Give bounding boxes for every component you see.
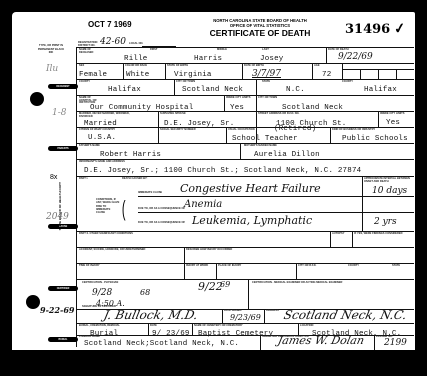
first-name: Rille: [124, 55, 148, 63]
decedent-tag: DECEDENT: [48, 84, 78, 89]
row-line: [138, 212, 414, 213]
residence-state: N.C.: [286, 86, 305, 94]
certificate-title: CERTIFICATE OF DEATH: [190, 28, 330, 38]
row-line: [138, 196, 414, 197]
license-number: 2199: [384, 338, 407, 348]
occupation-note: (Retired): [274, 125, 316, 133]
divider: [378, 111, 379, 127]
attended-to-year: 69: [220, 280, 230, 289]
divider: [148, 323, 149, 335]
divider: [296, 263, 297, 279]
medical-examiner-label: CERTIFICATION - MEDICAL EXAMINER OR ACTI…: [252, 282, 342, 285]
divider: [240, 143, 241, 159]
industry: Public Schools: [342, 135, 408, 143]
burial-date: 9/ 23/69: [152, 330, 190, 338]
physician-cert-label: CERTIFICATION - PHYSICIAN: [82, 282, 118, 285]
bracket: (: [122, 196, 126, 222]
father-label: FATHER'S NAME: [79, 145, 100, 148]
mother-label: MOTHER'S MAIDEN NAME: [244, 145, 277, 148]
date-signed: 9/23/69: [230, 313, 261, 322]
date-of-death: 9/22/69: [338, 52, 373, 62]
residence-state-label: STATE: [262, 81, 270, 84]
first-name-label: FIRST: [150, 49, 158, 52]
margin-note-2: 1-8: [52, 108, 67, 118]
injury-at-work-label: INJURY AT WORK: [186, 265, 214, 268]
spouse-label: SURVIVING SPOUSE: [160, 113, 186, 116]
divider: [224, 95, 225, 111]
residence-city-label: CITY OR TOWN: [258, 97, 277, 100]
location-label: LOCATION: [300, 325, 313, 328]
accident-label: ACCIDENT, SUICIDE, HOMICIDE, OR UNDETERM…: [79, 249, 169, 252]
divider: [352, 231, 353, 247]
cemetery-label: NAME OF CEMETERY OR CREMATORY: [194, 325, 243, 328]
margin-note-4: 8x: [50, 174, 57, 181]
immediate-cause: Congestive Heart Failure: [180, 182, 321, 195]
funeral-home-label: FUNERAL HOME: [79, 336, 100, 339]
certifier-address: Scotland Neck, N.C.: [283, 308, 409, 322]
birthplace: Virginia: [174, 71, 212, 79]
describe-injury-label: DESCRIBE HOW INJURY OCCURRED: [186, 249, 232, 252]
age-label: AGE: [314, 65, 320, 68]
received-stamp-date: OCT 7 1969: [88, 20, 132, 29]
conditions-label: CONDITIONS, IF ANY, WHICH GAVE RISE TO I…: [96, 198, 120, 215]
divider: [360, 69, 361, 79]
funeral-home: Scotland Neck;Scotland Neck, N.C.: [84, 340, 239, 348]
divider: [216, 263, 217, 279]
county: Halifax: [108, 86, 141, 94]
divider: [330, 231, 331, 247]
interval-label: APPROXIMATE INTERVAL BETWEEN ONSET AND D…: [364, 178, 410, 183]
director-signature: James W. Dolan: [277, 334, 366, 347]
due-to-1: Anemia: [184, 199, 222, 210]
dob-label: DATE OF BIRTH: [244, 65, 264, 68]
row-line: [76, 279, 414, 280]
certifier-signature: J. Bullock, M.D.: [103, 308, 200, 322]
divider: [342, 63, 343, 79]
part2-label: PART II. OTHER SIGNIFICANT CONDITIONS: [79, 233, 133, 236]
divider: [226, 127, 227, 143]
part1-label: PART I.: [79, 178, 88, 181]
race-label: COLOR OR RACE: [125, 65, 147, 68]
attended-from: 9/28: [92, 288, 112, 298]
divider: [248, 279, 249, 309]
certificate-number: 31496: [345, 22, 390, 37]
divider: [174, 79, 175, 95]
row-line: [76, 263, 414, 264]
due-to-1-label: DUE TO, OR AS A CONSEQUENCE OF: [138, 208, 185, 211]
burial-date-label: DATE: [150, 325, 157, 328]
divider: [330, 127, 331, 143]
residence-inside-label: INSIDE CITY LIMITS: [380, 113, 410, 116]
date-of-birth: 3/7/97: [252, 69, 281, 79]
parents-tag: PARENTS: [48, 146, 78, 151]
last-name-label: LAST: [262, 49, 269, 52]
city-label: CITY OR TOWN: [176, 81, 195, 84]
death-caused-by-label: DEATH CAUSED BY:: [122, 178, 147, 181]
immediate-interval: 10 days: [372, 186, 407, 196]
sex-label: SEX: [79, 65, 84, 68]
divider: [222, 309, 223, 323]
divider: [192, 323, 193, 335]
state-board-copy-label: STATE BOARD OF HEALTH COPY: [58, 182, 68, 230]
divider: [260, 335, 261, 350]
autopsy-label: AUTOPSY: [332, 233, 345, 236]
divider: [396, 69, 397, 79]
due-to-2-label: DUE TO, OR AS A CONSEQUENCE OF: [138, 222, 185, 225]
informant: D.E. Josey, Sr.; 1100 Church St.; Scotla…: [84, 167, 361, 175]
injury-city-label: CITY OR R.F.D.: [298, 265, 316, 268]
residence-inside: Yes: [386, 119, 400, 127]
occupation: School Teacher: [232, 135, 298, 143]
time-of-injury-label: TIME OF INJURY: [79, 265, 100, 268]
death-certificate: OCT 7 1969 NORTH CAROLINA STATE BOARD OF…: [12, 12, 415, 350]
injury-state-label: STATE: [392, 265, 400, 268]
injury-county-label: COUNTY: [348, 265, 359, 268]
age: 72: [322, 71, 331, 79]
residence-county-label: COUNTY: [342, 81, 353, 84]
citizen: U.S.A.: [88, 134, 116, 142]
race: White: [126, 71, 150, 79]
ink-instructions: TYPE, OR PRINT IN PERMANENT BLACK INK: [36, 44, 66, 55]
divider: [312, 63, 313, 79]
citizen-label: CITIZEN OF WHAT COUNTRY: [79, 129, 115, 132]
attended-to: 9/22: [198, 280, 223, 293]
address-label: ADDRESS: [266, 310, 279, 313]
middle-name-label: MIDDLE: [217, 49, 227, 52]
occupation-label: USUAL OCCUPATION: [228, 129, 255, 132]
divider: [378, 69, 379, 79]
mother-name: Aurelia Dillon: [254, 151, 320, 159]
checkmark-icon: ✓: [393, 19, 407, 37]
punch-hole-bottom: [26, 295, 40, 309]
inside-city-label: INSIDE CITY LIMITS: [226, 97, 254, 100]
row-line: [76, 159, 414, 160]
name-label: NAME OF DECEASED: [79, 49, 99, 54]
birthplace-label: STATE OF BIRTH: [167, 65, 188, 68]
margin-note-1: Ilu: [46, 64, 58, 74]
divider: [326, 47, 327, 63]
certifier-tag: CERTIFIER: [48, 286, 78, 291]
marital-label: MARRIED, NEVER MARRIED, WIDOWED, DIVORCE…: [79, 113, 139, 118]
informant-label: INFORMANT'S NAME AND ADDRESS: [79, 161, 125, 164]
burial-tag: BURIAL: [48, 337, 78, 342]
row-line: [76, 323, 414, 324]
divider: [123, 63, 124, 79]
last-name: Josey: [260, 55, 284, 63]
autopsy-findings-label: IF YES, WERE FINDINGS CONSIDERED: [354, 233, 410, 236]
disposition-label: BURIAL, CREMATION, REMOVAL: [79, 325, 120, 328]
industry-label: KIND OF BUSINESS OR INDUSTRY: [332, 129, 375, 132]
immediate-cause-label: IMMEDIATE CAUSE: [138, 192, 162, 195]
city: Scotland Neck: [182, 86, 243, 94]
ssn-label: SOCIAL SECURITY NUMBER: [160, 129, 196, 132]
attended-from-year: 68: [140, 288, 150, 297]
middle-name: Harris: [194, 55, 222, 63]
sex: Female: [79, 71, 107, 79]
divider: [374, 335, 375, 350]
divider: [362, 176, 363, 231]
divider: [165, 63, 166, 79]
margin-date-stamp: 9-22-69: [40, 305, 74, 315]
due-to-2-interval: 2 yrs: [374, 217, 397, 227]
frame-top: [76, 47, 414, 48]
county-label: COUNTY: [79, 81, 90, 84]
margin-note-3: 2049: [46, 212, 69, 222]
street-label: STREET ADDRESS OR R.F.D. No.: [258, 113, 299, 116]
divider: [264, 309, 265, 323]
punch-hole-top: [30, 92, 44, 106]
due-to-2: Leukemia, Lymphatic: [192, 214, 312, 227]
registration-district-value: 42-60: [100, 37, 126, 47]
divider: [242, 63, 243, 79]
frame-left: [76, 47, 77, 347]
residence-county: Halifax: [364, 86, 397, 94]
agency-header: NORTH CAROLINA STATE BOARD OF HEALTH OFF…: [190, 18, 330, 38]
father-name: Robert Harris: [100, 151, 161, 159]
row-line: [76, 79, 414, 80]
place-of-injury-label: PLACE OF INJURY: [218, 265, 241, 268]
